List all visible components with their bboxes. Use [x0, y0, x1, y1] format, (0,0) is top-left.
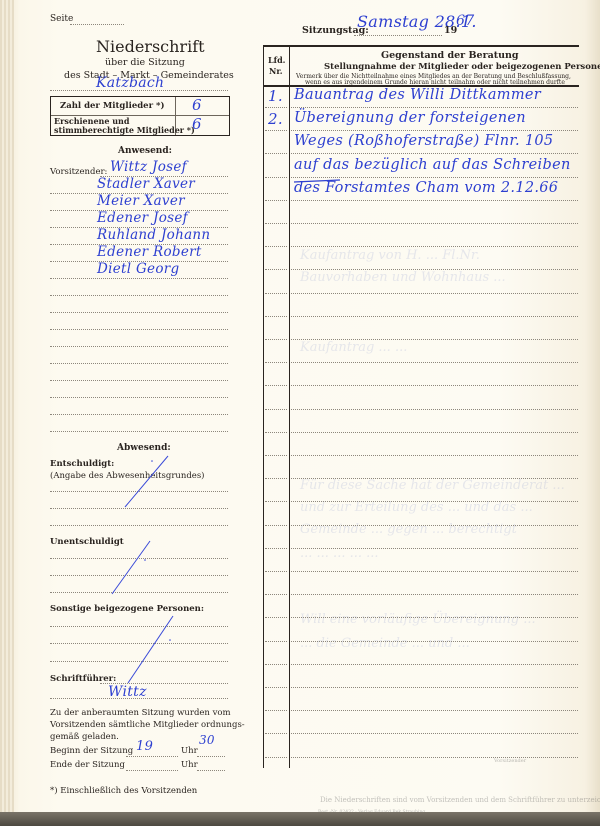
row-line	[291, 339, 578, 340]
row-line	[291, 455, 578, 456]
row-line	[291, 293, 578, 294]
start-hour-line	[126, 756, 178, 757]
invitation-text-3: gemäß geladen.	[50, 732, 119, 742]
row-line-number	[265, 594, 287, 595]
end-minutes-line	[197, 770, 225, 771]
start-label: Beginn der Sitzung	[50, 746, 133, 756]
row-line-number	[265, 269, 287, 270]
row-line	[291, 409, 578, 410]
row-line	[291, 641, 578, 642]
row-line-number	[265, 362, 287, 363]
row-line-number	[265, 107, 287, 108]
row-line-number	[265, 130, 287, 131]
col-statement-heading: Stellungnahme der Mitglieder oder beigez…	[324, 62, 600, 72]
row-line	[291, 757, 578, 758]
row-line	[291, 223, 578, 224]
row-line-number	[265, 153, 287, 154]
invitation-text-2: Vorsitzenden sämtliche Mitglieder ordnun…	[50, 720, 245, 730]
row-line	[291, 733, 578, 734]
page-bottom-edge	[0, 812, 600, 826]
row-line-number	[265, 246, 287, 247]
col-subject-heading: Gegenstand der Beratung	[381, 50, 519, 61]
row-line-number	[265, 733, 287, 734]
row-line-number	[265, 641, 287, 642]
entry-text-line: Weges (Roßhoferstraße) Flnr. 105	[294, 133, 553, 149]
document-page: Kaufantrag von H. ... Fl.Nr. Bauvorhaben…	[0, 0, 600, 818]
row-line-number	[265, 710, 287, 711]
start-minutes: 30	[199, 733, 215, 747]
col-nr-label: Nr.	[269, 66, 283, 76]
entry-number: 1.	[268, 87, 283, 105]
row-line-number	[265, 617, 287, 618]
row-line-number	[265, 385, 287, 386]
row-line-number	[265, 409, 287, 410]
row-line	[291, 687, 578, 688]
row-line-number	[265, 316, 287, 317]
row-line	[291, 478, 578, 479]
session-year-suffix: 67	[456, 13, 474, 29]
row-line-number	[265, 757, 287, 758]
row-line	[291, 432, 578, 433]
row-line-number	[265, 200, 287, 201]
table-left-border	[263, 45, 264, 768]
row-line	[291, 525, 578, 526]
row-line	[291, 177, 578, 178]
table-top-border	[263, 45, 579, 47]
col-note-line-2: wenn es aus irgendeinem Grunde hieran ni…	[305, 79, 565, 86]
row-line	[291, 362, 578, 363]
row-line-number	[265, 664, 287, 665]
entry-text-line: auf das bezüglich auf das Schreiben	[294, 157, 571, 173]
row-line	[291, 246, 578, 247]
end-unit: Uhr	[181, 760, 198, 770]
row-line-number	[265, 455, 287, 456]
entry-number: 2.	[268, 110, 283, 128]
others-strike	[128, 616, 173, 683]
row-line	[291, 153, 578, 154]
row-line-number	[265, 432, 287, 433]
row-line	[291, 710, 578, 711]
row-line	[291, 594, 578, 595]
start-minutes-line	[197, 756, 225, 757]
entry-text-line: Bauantrag des Willi Dittkammer	[294, 87, 541, 103]
row-line	[291, 316, 578, 317]
entry-text-line: des Forstamtes Cham vom 2.12.66	[294, 180, 558, 196]
row-line	[291, 571, 578, 572]
chair-caption: Vorsitzender	[494, 758, 526, 764]
row-line-number	[265, 548, 287, 549]
row-line-number	[265, 293, 287, 294]
row-line	[291, 501, 578, 502]
row-line-number	[265, 339, 287, 340]
end-label: Ende der Sitzung	[50, 760, 125, 770]
excused-strike	[125, 456, 168, 507]
row-line-number	[265, 177, 287, 178]
invitation-text-1: Zu der anberaumten Sitzung wurden vom	[50, 708, 231, 718]
session-date-line	[354, 35, 442, 36]
table-col-divider	[289, 45, 290, 768]
row-line	[291, 664, 578, 665]
row-line	[291, 385, 578, 386]
row-line	[291, 548, 578, 549]
row-line	[291, 107, 578, 108]
row-line-number	[265, 571, 287, 572]
row-line	[291, 617, 578, 618]
row-line	[291, 130, 578, 131]
row-line-number	[265, 687, 287, 688]
row-line	[291, 200, 578, 201]
row-line-number	[265, 525, 287, 526]
start-unit: Uhr	[181, 746, 198, 756]
row-line-number	[265, 223, 287, 224]
start-hour: 19	[136, 739, 153, 754]
row-line	[291, 269, 578, 270]
entry-text-line: Übereignung der forsteigenen	[294, 110, 526, 126]
end-hour-line	[126, 770, 178, 771]
row-line-number	[265, 478, 287, 479]
footnote: *) Einschließlich des Vorsitzenden	[50, 786, 197, 796]
unexcused-strike	[112, 541, 150, 594]
col-lfd-label: Lfd.	[268, 55, 285, 65]
row-line-number	[265, 501, 287, 502]
